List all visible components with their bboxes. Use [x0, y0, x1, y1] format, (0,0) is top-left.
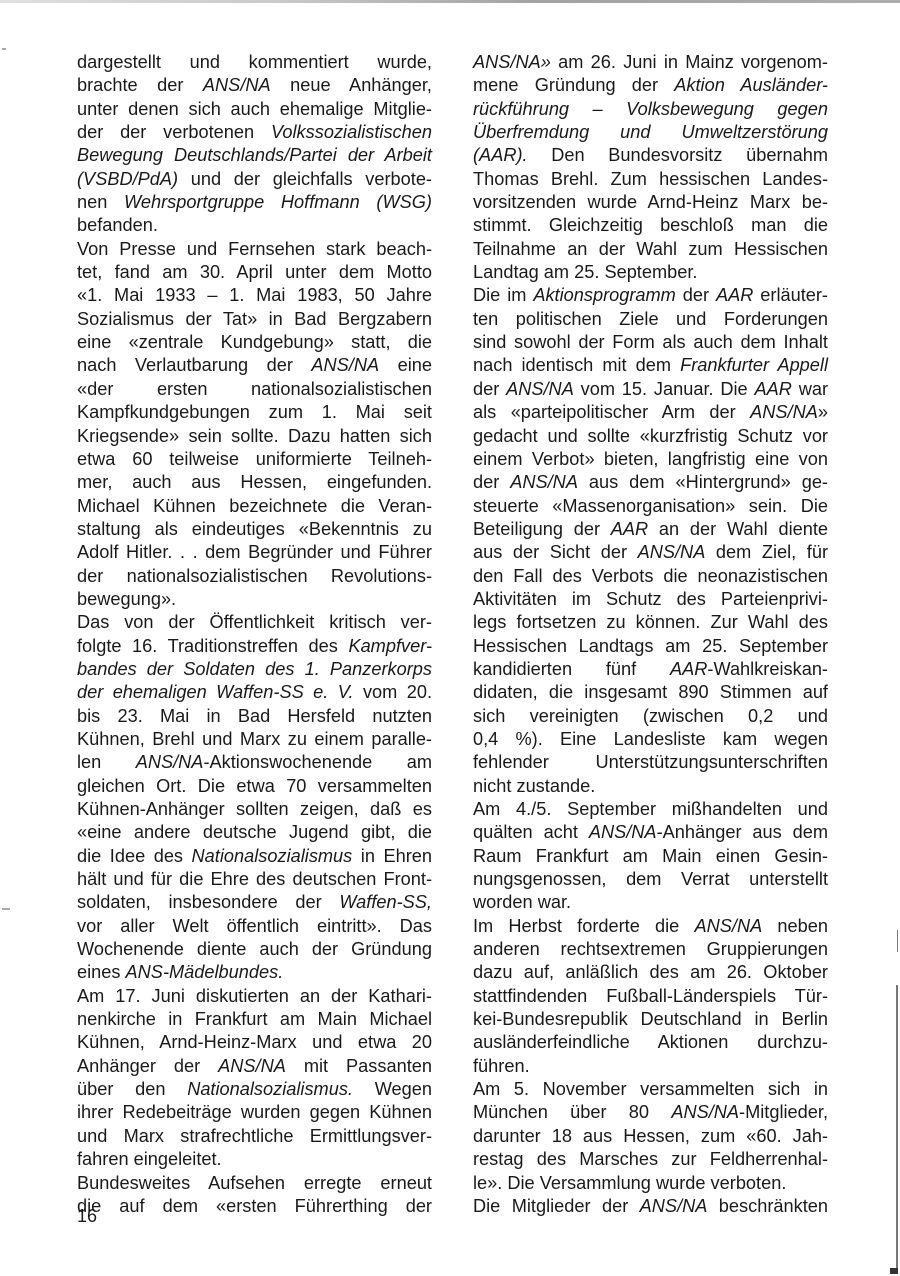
text-run: legs fortsetzen zu können. Zur Wahl des — [473, 612, 828, 632]
text-run: sind sowohl der Form als auch dem Inhalt — [473, 332, 828, 352]
text-line: hält und für die Ehre des deutschen Fron… — [77, 868, 432, 891]
text-run: vom 15. Januar. Die — [574, 379, 755, 399]
text-run: sich vereinigten (zwischen 0,2 und — [473, 706, 828, 726]
text-line: ten politischen Ziele und Forderungen — [473, 308, 828, 331]
italic-term: AAR — [611, 519, 648, 539]
text-line: über den Nationalsozialismus. Wegen — [77, 1078, 432, 1101]
text-line: ausländerfeindliche Aktionen durchzu- — [473, 1031, 828, 1054]
text-run: Am 5. November versammelten sich in — [473, 1079, 828, 1099]
scan-top-edge — [0, 0, 900, 3]
text-line: gedacht und sollte «kurzfristig Schutz v… — [473, 425, 828, 448]
text-line: etwa 60 teilweise uniformierte Teilneh- — [77, 448, 432, 471]
text-run: Thomas Brehl. Zum hessischen Landes- — [473, 169, 828, 189]
text-run: die Idee des — [77, 846, 192, 866]
text-line: nen Wehrsportgruppe Hoffmann (WSG) — [77, 191, 432, 214]
text-run: mit Passanten — [286, 1056, 432, 1076]
italic-term: Aktionsprogramm — [533, 285, 676, 305]
text-line: Im Herbst forderte die ANS/NA neben — [473, 915, 828, 938]
text-run: «eine andere deutsche Jugend gibt, die — [77, 822, 432, 842]
text-line: dazu auf, anläßlich des am 26. Oktober — [473, 961, 828, 984]
text-line: Teilnahme an der Wahl zum Hessischen — [473, 238, 828, 261]
text-line: sich vereinigten (zwischen 0,2 und — [473, 705, 828, 728]
text-line: Kühnen-Anhänger sollten zeigen, daß es — [77, 798, 432, 821]
text-run: einem Verbot» bieten, langfristig eine v… — [473, 449, 828, 469]
italic-term: ANS/NA — [695, 916, 763, 936]
text-run: ten politischen Ziele und Forderungen — [473, 309, 828, 329]
text-run: vor aller Welt öffentlich eintritt». Das — [77, 916, 432, 936]
text-line: Landtag am 25. September. — [473, 261, 828, 284]
text-run: eine «zentrale Kundgebung» statt, die — [77, 332, 432, 352]
text-line: Anhänger der ANS/NA mit Passanten — [77, 1055, 432, 1078]
text-line: vorsitzenden wurde Arnd-Heinz Marx be- — [473, 191, 828, 214]
text-run: vorsitzenden wurde Arnd-Heinz Marx be- — [473, 192, 828, 212]
text-line: als «parteipolitischer Arm der ANS/NA» — [473, 401, 828, 424]
text-run: Landtag am 25. September. — [473, 262, 697, 282]
text-line: dargestellt und kommentiert wurde, — [77, 51, 432, 74]
italic-term: Bewegung Deutschlands/Partei der Arbeit — [77, 145, 432, 165]
italic-term: rückführung – Volksbewegung gegen — [473, 99, 828, 119]
text-line: 0,4 %). Eine Landesliste kam wegen — [473, 728, 828, 751]
text-line: Hessischen Landtags am 25. September — [473, 635, 828, 658]
text-run: neue Anhänger, — [271, 75, 432, 95]
text-line: folgte 16. Traditionstreffen des Kampfve… — [77, 635, 432, 658]
text-line: nach identisch mit dem Frankfurter Appel… — [473, 354, 828, 377]
text-run: nicht zustande. — [473, 776, 595, 796]
text-line: tet, fand am 30. April unter dem Motto — [77, 261, 432, 284]
text-line: «1. Mai 1933 – 1. Mai 1983, 50 Jahre — [77, 284, 432, 307]
text-line: nungsgenossen, dem Verrat unterstellt — [473, 868, 828, 891]
italic-term: Nationalsozialismus. — [187, 1079, 353, 1099]
italic-term: ANS/NA — [589, 822, 657, 842]
text-run: nungsgenossen, dem Verrat unterstellt — [473, 869, 828, 889]
text-run: stimmt. Gleichzeitig beschloß man die — [473, 215, 828, 235]
scan-speck — [2, 908, 10, 910]
text-line: führen. — [473, 1055, 828, 1078]
text-run: Kühnen-Anhänger sollten zeigen, daß es — [77, 799, 432, 819]
text-line: und Marx strafrechtliche Ermittlungsver- — [77, 1125, 432, 1148]
text-line: kandidierten fünf AAR-Wahlkreiskan- — [473, 658, 828, 681]
italic-term: Frankfurter Appell — [680, 355, 828, 375]
italic-term: (VSBD/PdA) — [77, 169, 178, 189]
italic-term: Kampfver- — [348, 636, 432, 656]
text-line: Am 4./5. September mißhandelten und — [473, 798, 828, 821]
text-run: didaten, die insgesamt 890 Stimmen auf — [473, 682, 828, 702]
text-run: Teilnahme an der Wahl zum Hessischen — [473, 239, 828, 259]
text-run: -Wahlkreiskan- — [707, 659, 828, 679]
text-line: steuerte «Massenorganisation» sein. Die — [473, 495, 828, 518]
text-run: soldaten, insbesondere der — [77, 892, 339, 912]
text-line: (AAR). Den Bundesvorsitz übernahm — [473, 144, 828, 167]
text-line: mene Gründung der Aktion Ausländer- — [473, 74, 828, 97]
text-line: restag des Marsches zur Feldherrenhal- — [473, 1148, 828, 1171]
text-run: Anhänger der — [77, 1056, 218, 1076]
scan-corner-mark — [890, 1268, 898, 1274]
text-line: aus der Sicht der ANS/NA dem Ziel, für — [473, 541, 828, 564]
text-run: le». Die Versammlung wurde verboten. — [473, 1173, 786, 1193]
text-run: kandidierten fünf — [473, 659, 670, 679]
text-line: Aktivitäten im Schutz des Parteienprivi- — [473, 588, 828, 611]
text-line: nenkirche in Frankfurt am Main Michael — [77, 1008, 432, 1031]
text-line: München über 80 ANS/NA-Mitglieder, — [473, 1101, 828, 1124]
text-run: Am 4./5. September mißhandelten und — [473, 799, 828, 819]
text-line: der ANS/NA aus dem «Hintergrund» ge- — [473, 471, 828, 494]
text-run: mer, auch aus Hessen, eingefunden. — [77, 472, 432, 492]
text-run: und der gleichfalls verbote- — [178, 169, 432, 189]
text-line: Wochenende diente auch der Gründung — [77, 938, 432, 961]
text-run: und Marx strafrechtliche Ermittlungsver- — [77, 1126, 432, 1146]
italic-term: Volkssozialistischen — [271, 122, 432, 142]
text-run: Sozialismus der Tat» in Bad Bergzabern — [77, 309, 432, 329]
text-run: nach identisch mit dem — [473, 355, 680, 375]
text-line: fehlender Unterstützungsunterschriften — [473, 751, 828, 774]
text-run: -Anhänger aus dem — [657, 822, 828, 842]
text-line: mer, auch aus Hessen, eingefunden. — [77, 471, 432, 494]
text-run: «1. Mai 1933 – 1. Mai 1983, 50 Jahre — [77, 285, 432, 305]
text-line: worden war. — [473, 891, 828, 914]
text-line: Die im Aktionsprogramm der AAR erläuter- — [473, 284, 828, 307]
italic-term: AAR — [716, 285, 753, 305]
italic-term: Nationalsozialismus — [192, 846, 353, 866]
text-line: der nationalsozialistischen Revolutions- — [77, 565, 432, 588]
italic-term: ANS/NA — [640, 1196, 708, 1216]
italic-term: ANS-Mädelbundes. — [126, 962, 284, 982]
italic-term: ANS/NA — [638, 542, 706, 562]
text-line: der ANS/NA vom 15. Januar. Die AAR war — [473, 378, 828, 401]
text-line: anderen rechtsextremen Gruppierungen — [473, 938, 828, 961]
text-line: Sozialismus der Tat» in Bad Bergzabern — [77, 308, 432, 331]
text-run: Adolf Hitler. . . dem Begründer und Führ… — [77, 542, 432, 562]
text-run: Am 17. Juni diskutierten an der Kathari- — [77, 986, 432, 1006]
italic-term: ANS/NA — [750, 402, 818, 422]
text-run: dazu auf, anläßlich des am 26. Oktober — [473, 962, 828, 982]
text-line: staltung als eindeutiges «Bekenntnis zu — [77, 518, 432, 541]
text-line: len ANS/NA-Aktionswochenende am — [77, 751, 432, 774]
italic-term: Waffen-SS, — [339, 892, 432, 912]
italic-term: AAR — [670, 659, 707, 679]
text-run: der nationalsozialistischen Revolutions- — [77, 566, 432, 586]
text-line: (VSBD/PdA) und der gleichfalls verbote- — [77, 168, 432, 191]
text-run: Die im — [473, 285, 533, 305]
text-run: folgte 16. Traditionstreffen des — [77, 636, 348, 656]
italic-term: ANS/NA — [506, 379, 574, 399]
text-run: am 26. Juni in Mainz vorgenom- — [551, 52, 828, 72]
text-line: Beteiligung der AAR an der Wahl diente — [473, 518, 828, 541]
text-run: Hessischen Landtags am 25. September — [473, 636, 828, 656]
text-line: kei-Bundesrepublik Deutschland in Berlin — [473, 1008, 828, 1031]
text-run: fahren eingeleitet. — [77, 1149, 222, 1169]
text-line: «eine andere deutsche Jugend gibt, die — [77, 821, 432, 844]
text-run: Wochenende diente auch der Gründung — [77, 939, 432, 959]
text-line: die Idee des Nationalsozialismus in Ehre… — [77, 845, 432, 868]
text-run: Michael Kühnen bezeichnete die Veran- — [77, 496, 432, 516]
text-line: sind sowohl der Form als auch dem Inhalt — [473, 331, 828, 354]
text-line: eines ANS-Mädelbundes. — [77, 961, 432, 984]
text-line: nicht zustande. — [473, 775, 828, 798]
text-line: Bewegung Deutschlands/Partei der Arbeit — [77, 144, 432, 167]
scan-right-dash — [897, 930, 898, 952]
text-line: Die Mitglieder der ANS/NA beschränkten — [473, 1195, 828, 1218]
text-run: -Mitglieder, — [739, 1102, 828, 1122]
text-line: Am 17. Juni diskutierten an der Kathari- — [77, 985, 432, 1008]
text-line: stattfindenden Fußball-Länderspiels Tür- — [473, 985, 828, 1008]
text-run: kei-Bundesrepublik Deutschland in Berlin — [473, 1009, 828, 1029]
text-run: Den Bundesvorsitz übernahm — [528, 145, 828, 165]
italic-term: AAR — [754, 379, 791, 399]
text-line: einem Verbot» bieten, langfristig eine v… — [473, 448, 828, 471]
text-run: über den — [77, 1079, 187, 1099]
text-line: Überfremdung und Umweltzerstörung — [473, 121, 828, 144]
text-line: Kriegsende» sein sollte. Dazu hatten sic… — [77, 425, 432, 448]
text-run: neben — [762, 916, 828, 936]
text-run: Die Mitglieder der — [473, 1196, 640, 1216]
text-run: bewegung». — [77, 589, 176, 609]
text-run: «der ersten nationalsozialistischen — [77, 379, 432, 399]
italic-term: ANS/NA — [203, 75, 271, 95]
text-line: stimmt. Gleichzeitig beschloß man die — [473, 214, 828, 237]
text-run: brachte der — [77, 75, 203, 95]
text-run: ausländerfeindliche Aktionen durchzu- — [473, 1032, 828, 1052]
text-run: darunter 18 aus Hessen, zum «60. Jah- — [473, 1126, 828, 1146]
text-line: Am 5. November versammelten sich in — [473, 1078, 828, 1101]
text-run: gleichen Ort. Die etwa 70 versammelten — [77, 776, 432, 796]
text-run: quälten acht — [473, 822, 589, 842]
text-run: Kampfkundgebungen zum 1. Mai seit — [77, 402, 432, 422]
text-run: den Fall des Verbots die neonazistischen — [473, 566, 828, 586]
italic-term: ANS/NA — [218, 1056, 286, 1076]
text-line: den Fall des Verbots die neonazistischen — [473, 565, 828, 588]
text-run: in Ehren — [352, 846, 432, 866]
text-run: etwa 60 teilweise uniformierte Teilneh- — [77, 449, 432, 469]
text-line: der ehemaligen Waffen-SS e. V. vom 20. — [77, 681, 432, 704]
text-line: didaten, die insgesamt 890 Stimmen auf — [473, 681, 828, 704]
italic-term: ANS/NA — [510, 472, 578, 492]
text-run: 0,4 %). Eine Landesliste kam wegen — [473, 729, 828, 749]
text-line: fahren eingeleitet. — [77, 1148, 432, 1171]
text-run: Kühnen, Arnd-Heinz-Marx und etwa 20 — [77, 1032, 432, 1052]
text-column-left: dargestellt und kommentiert wurde,bracht… — [77, 51, 432, 1218]
italic-term: Wehrsportgruppe Hoffmann (WSG) — [124, 192, 432, 212]
text-run: führen. — [473, 1056, 530, 1076]
text-run: bis 23. Mai in Bad Hersfeld nutzten — [77, 706, 432, 726]
text-line: Adolf Hitler. . . dem Begründer und Führ… — [77, 541, 432, 564]
text-run: der — [473, 472, 510, 492]
text-line: Das von der Öffentlichkeit kritisch ver- — [77, 611, 432, 634]
text-run: die auf dem «ersten Führerthing der — [77, 1196, 432, 1216]
text-run: restag des Marsches zur Feldherrenhal- — [473, 1149, 828, 1169]
text-run: war — [792, 379, 828, 399]
text-run: ihrer Redebeiträge wurden gegen Kühnen — [77, 1102, 432, 1122]
text-run: nach Verlautbarung der — [77, 355, 311, 375]
text-line: der der verbotenen Volkssozialistischen — [77, 121, 432, 144]
text-line: Raum Frankfurt am Main einen Gesin- — [473, 845, 828, 868]
text-run: Kriegsende» sein sollte. Dazu hatten sic… — [77, 426, 432, 446]
text-line: Kampfkundgebungen zum 1. Mai seit — [77, 401, 432, 424]
text-run: » — [818, 402, 828, 422]
text-run: gedacht und sollte «kurzfristig Schutz v… — [473, 426, 828, 446]
text-line: bandes der Soldaten des 1. Panzerkorps — [77, 658, 432, 681]
text-column-right: ANS/NA» am 26. Juni in Mainz vorgenom-me… — [473, 51, 828, 1218]
italic-term: (AAR). — [473, 145, 528, 165]
text-line: bis 23. Mai in Bad Hersfeld nutzten — [77, 705, 432, 728]
text-run: vom 20. — [354, 682, 432, 702]
text-run: beschränkten — [707, 1196, 828, 1216]
text-run: eine — [379, 355, 432, 375]
text-run: Das von der Öffentlichkeit kritisch ver- — [77, 612, 432, 632]
text-line: le». Die Versammlung wurde verboten. — [473, 1172, 828, 1195]
text-run: mene Gründung der — [473, 75, 674, 95]
text-line: vor aller Welt öffentlich eintritt». Das — [77, 915, 432, 938]
text-run: Beteiligung der — [473, 519, 611, 539]
text-line: bewegung». — [77, 588, 432, 611]
text-line: ihrer Redebeiträge wurden gegen Kühnen — [77, 1101, 432, 1124]
text-run: eines — [77, 962, 126, 982]
text-run: hält und für die Ehre des deutschen Fron… — [77, 869, 432, 889]
text-run: steuerte «Massenorganisation» sein. Die — [473, 496, 828, 516]
text-run: Kühnen, Brehl und Marx zu einem paralle- — [77, 729, 432, 749]
text-run: Im Herbst forderte die — [473, 916, 695, 936]
text-run: anderen rechtsextremen Gruppierungen — [473, 939, 828, 959]
text-run: als «parteipolitischer Arm der — [473, 402, 750, 422]
text-line: legs fortsetzen zu können. Zur Wahl des — [473, 611, 828, 634]
text-run: dem Ziel, für — [705, 542, 828, 562]
text-run: aus dem «Hintergrund» ge- — [578, 472, 828, 492]
page-number: 16 — [77, 1206, 97, 1227]
text-run: stattfindenden Fußball-Länderspiels Tür- — [473, 986, 828, 1006]
text-line: soldaten, insbesondere der Waffen-SS, — [77, 891, 432, 914]
text-run: Bundesweites Aufsehen erregte erneut — [77, 1173, 432, 1193]
text-run: der der verbotenen — [77, 122, 271, 142]
text-line: ANS/NA» am 26. Juni in Mainz vorgenom- — [473, 51, 828, 74]
scan-speck — [2, 48, 6, 50]
text-run: befanden. — [77, 215, 158, 235]
text-line: darunter 18 aus Hessen, zum «60. Jah- — [473, 1125, 828, 1148]
text-run: Wegen — [353, 1079, 432, 1099]
text-run: Von Presse und Fernsehen stark beach- — [77, 239, 432, 259]
italic-term: bandes der Soldaten des 1. Panzerkorps — [77, 659, 432, 679]
text-line: brachte der ANS/NA neue Anhänger, — [77, 74, 432, 97]
text-run: an der Wahl diente — [648, 519, 828, 539]
text-line: Von Presse und Fernsehen stark beach- — [77, 238, 432, 261]
text-run: Raum Frankfurt am Main einen Gesin- — [473, 846, 828, 866]
text-run: staltung als eindeutiges «Bekenntnis zu — [77, 519, 432, 539]
text-run: unter denen sich auch ehemalige Mitglie- — [77, 99, 432, 119]
text-run: len — [77, 752, 136, 772]
text-line: die auf dem «ersten Führerthing der — [77, 1195, 432, 1218]
scan-right-edge — [896, 985, 898, 1270]
text-line: quälten acht ANS/NA-Anhänger aus dem — [473, 821, 828, 844]
text-run: nenkirche in Frankfurt am Main Michael — [77, 1009, 432, 1029]
text-line: Michael Kühnen bezeichnete die Veran- — [77, 495, 432, 518]
italic-term: der ehemaligen Waffen-SS e. V. — [77, 682, 354, 702]
text-run: fehlender Unterstützungsunterschriften — [473, 752, 828, 772]
text-run: aus der Sicht der — [473, 542, 638, 562]
text-line: eine «zentrale Kundgebung» statt, die — [77, 331, 432, 354]
text-run: der — [473, 379, 506, 399]
text-line: Bundesweites Aufsehen erregte erneut — [77, 1172, 432, 1195]
text-line: rückführung – Volksbewegung gegen — [473, 98, 828, 121]
text-run: der — [676, 285, 716, 305]
italic-term: ANS/NA — [311, 355, 379, 375]
text-line: gleichen Ort. Die etwa 70 versammelten — [77, 775, 432, 798]
text-run: München über 80 — [473, 1102, 671, 1122]
text-run: Aktivitäten im Schutz des Parteienprivi- — [473, 589, 828, 609]
italic-term: ANS/NA» — [473, 52, 551, 72]
text-run: dargestellt und kommentiert wurde, — [77, 52, 432, 72]
text-line: «der ersten nationalsozialistischen — [77, 378, 432, 401]
text-run: worden war. — [473, 892, 571, 912]
text-line: unter denen sich auch ehemalige Mitglie- — [77, 98, 432, 121]
text-line: befanden. — [77, 214, 432, 237]
italic-term: ANS/NA — [671, 1102, 739, 1122]
text-run: erläuter- — [753, 285, 828, 305]
italic-term: ANS/NA — [136, 752, 204, 772]
text-run: nen — [77, 192, 124, 212]
text-line: Thomas Brehl. Zum hessischen Landes- — [473, 168, 828, 191]
text-line: Kühnen, Arnd-Heinz-Marx und etwa 20 — [77, 1031, 432, 1054]
text-line: Kühnen, Brehl und Marx zu einem paralle- — [77, 728, 432, 751]
text-run: tet, fand am 30. April unter dem Motto — [77, 262, 432, 282]
italic-term: Überfremdung und Umweltzerstörung — [473, 122, 828, 142]
text-line: nach Verlautbarung der ANS/NA eine — [77, 354, 432, 377]
text-run: -Aktionswochenende am — [203, 752, 432, 772]
italic-term: Aktion Ausländer- — [674, 75, 828, 95]
